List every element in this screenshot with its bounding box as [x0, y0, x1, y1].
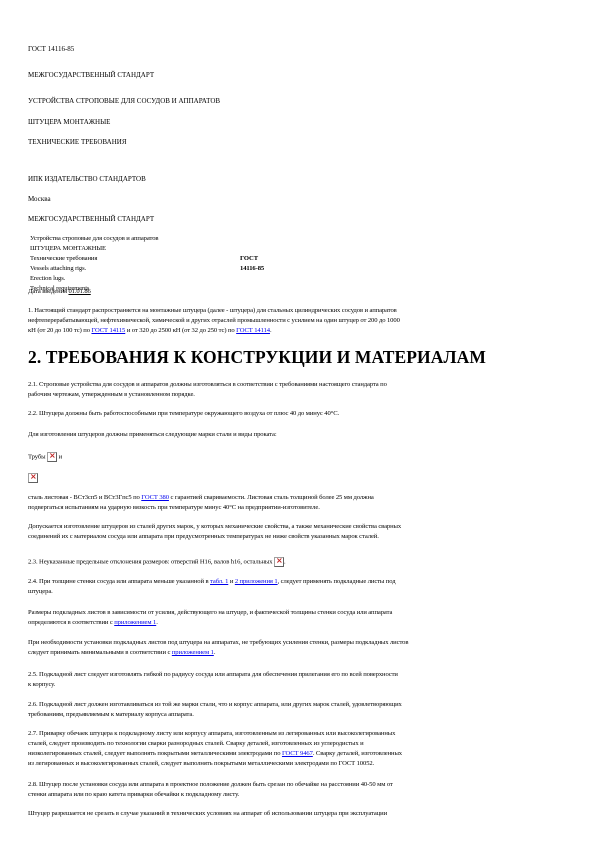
- text: .: [270, 327, 272, 334]
- title-block-line: ШТУЦЕРА МОНТАЖНЫЕ: [30, 244, 158, 254]
- para-line: 2.1. Строповые устройства для сосудов и …: [28, 380, 573, 390]
- text: .: [284, 559, 286, 566]
- para-line: следует принимать минимальными в соответ…: [28, 648, 573, 658]
- text: . Сварку деталей, изготовленных: [313, 750, 402, 757]
- paragraph-2-4: 2.4. При толщине стенки сосуда или аппар…: [28, 577, 573, 597]
- materials-intro: Для изготовления штуцеров должны применя…: [28, 430, 573, 440]
- broken-image-row: [28, 473, 573, 483]
- text: с гарантией свариваемости. Листовая стал…: [169, 494, 374, 501]
- para-line: 2.2. Штуцера должны быть работоспособным…: [28, 409, 573, 419]
- doc-title-1: УСТРОЙСТВА СТРОПОВЫЕ ДЛЯ СОСУДОВ И АППАР…: [28, 96, 220, 106]
- paragraph-2-6: 2.6. Подкладной лист должен изготавливат…: [28, 700, 573, 720]
- doc-title-3: ТЕХНИЧЕСКИЕ ТРЕБОВАНИЯ: [28, 137, 127, 147]
- para-line: 2.5. Подкладной лист следует изготовлять…: [28, 670, 573, 680]
- intro-date-label: Дата введения: [28, 288, 68, 295]
- sheet-steel-paragraph: сталь листовая - ВСт3сп5 и ВСт3Гпс5 по Г…: [28, 493, 573, 513]
- para-line: сталей, следует производить по технологи…: [28, 739, 573, 749]
- para-line: Для изготовления штуцеров должны применя…: [28, 430, 573, 440]
- doc-category-2: МЕЖГОСУДАРСТВЕННЫЙ СТАНДАРТ: [28, 214, 154, 224]
- doc-title-2: ШТУЦЕРА МОНТАЖНЫЕ: [28, 117, 110, 127]
- text: следует принимать минимальными в соответ…: [28, 649, 172, 656]
- text: Трубы: [28, 454, 47, 461]
- title-block-line: Erection lugs.: [30, 274, 158, 284]
- title-block-line: Vessels attaching rigs. 14116-85: [30, 264, 158, 274]
- text: определяются в соответствии с: [28, 619, 114, 626]
- para-line: штуцера.: [28, 587, 573, 597]
- para-line: нефтеперерабатывающей, нефтехимической, …: [28, 316, 573, 326]
- pad-sizes-paragraph: Размеры подкладных листов в зависимости …: [28, 608, 573, 628]
- paragraph-2-2: 2.2. Штуцера должны быть работоспособным…: [28, 409, 573, 419]
- pipes-line: Трубы и: [28, 452, 573, 462]
- title-block-line: Технические требования ГОСТ: [30, 254, 158, 264]
- para-line: 2.4. При толщине стенки сосуда или аппар…: [28, 577, 573, 587]
- para-line: низколегированных сталей, следует выполн…: [28, 749, 573, 759]
- link-appendix-1[interactable]: приложением 1: [114, 619, 156, 626]
- document-page: ГОСТ 14116-85 МЕЖГОСУДАРСТВЕННЫЙ СТАНДАР…: [0, 0, 595, 842]
- para-line: сталь листовая - ВСт3сп5 и ВСт3Гпс5 по Г…: [28, 493, 573, 503]
- para-line: рабочим чертежам, утвержденным в установ…: [28, 390, 573, 400]
- broken-image-icon: [28, 473, 38, 483]
- para-line: 2.6. Подкладной лист должен изготавливат…: [28, 700, 573, 710]
- text: и от 320 до 2500 кН (от 32 до 250 тс) по: [125, 327, 236, 334]
- para-line: кН (от 20 до 100 тс) по ГОСТ 14115 и от …: [28, 326, 573, 336]
- gost-number: 14116-85: [240, 264, 264, 274]
- doc-category: МЕЖГОСУДАРСТВЕННЫЙ СТАНДАРТ: [28, 70, 154, 80]
- link-appendix-1[interactable]: приложением 1: [172, 649, 214, 656]
- title-block: Устройства строповые для сосудов и аппар…: [30, 234, 158, 294]
- text: низколегированных сталей, следует выполн…: [28, 750, 282, 757]
- para-line: 2.7. Приварку обечаек штуцера к подкладн…: [28, 729, 573, 739]
- text: и: [57, 454, 62, 461]
- para-line: из легированных и высоколегированных ста…: [28, 759, 573, 769]
- paragraph-2-5: 2.5. Подкладной лист следует изготовлять…: [28, 670, 573, 690]
- text: 2.3. Неуказанные предельные отклонения р…: [28, 559, 274, 566]
- para-line: 2.8. Штуцер после установки сосуда или а…: [28, 780, 573, 790]
- paragraph-2-7: 2.7. Приварку обечаек штуцера к подкладн…: [28, 729, 573, 769]
- section-2-heading: 2. ТРЕБОВАНИЯ К КОНСТРУКЦИИ И МАТЕРИАЛАМ: [28, 347, 486, 367]
- section-1-paragraph: 1. Настоящий стандарт распространяется н…: [28, 306, 573, 336]
- para-line: к корпусу.: [28, 680, 573, 690]
- title-block-text: Технические требования: [30, 255, 97, 262]
- publisher: ИПК ИЗДАТЕЛЬСТВО СТАНДАРТОВ: [28, 174, 146, 184]
- paragraph-2-3: 2.3. Неуказанные предельные отклонения р…: [28, 557, 573, 567]
- text: сталь листовая - ВСт3сп5 и ВСт3Гпс5 по: [28, 494, 141, 501]
- para-line: подвергаться испытаниям на ударную вязко…: [28, 503, 573, 513]
- link-gost-14114[interactable]: ГОСТ 14114: [236, 327, 270, 334]
- para-line: Трубы и: [28, 452, 573, 462]
- link-gost-380[interactable]: ГОСТ 380: [141, 494, 169, 501]
- para-line: стенки аппарата или по краю катета прива…: [28, 790, 573, 800]
- broken-image-icon: [274, 557, 284, 567]
- para-line: Размеры подкладных листов в зависимости …: [28, 608, 573, 618]
- title-block-text: Vessels attaching rigs.: [30, 265, 86, 272]
- pad-need-paragraph: При необходимости установки подкладных л…: [28, 638, 573, 658]
- para-line: 1. Настоящий стандарт распространяется н…: [28, 306, 573, 316]
- link-gost-9467[interactable]: ГОСТ 9467: [282, 750, 313, 757]
- intro-date-value: 01.01.86: [68, 288, 90, 295]
- text: 2.4. При толщине стенки сосуда или аппар…: [28, 578, 210, 585]
- alternative-steel-paragraph: Допускается изготовление штуцеров из ста…: [28, 522, 573, 542]
- para-line: При необходимости установки подкладных л…: [28, 638, 573, 648]
- para-line: определяются в соответствии с приложение…: [28, 618, 573, 628]
- link-gost-14115[interactable]: ГОСТ 14115: [91, 327, 125, 334]
- paragraph-2-8: 2.8. Штуцер после установки сосуда или а…: [28, 780, 573, 800]
- text: кН (от 20 до 100 тс) по: [28, 327, 91, 334]
- para-line: 2.3. Неуказанные предельные отклонения р…: [28, 557, 573, 567]
- text: , следует применять подкладные листы под: [278, 578, 396, 585]
- link-appendix-1[interactable]: 2 приложения 1: [235, 578, 278, 585]
- link-table-1[interactable]: табл. 1: [210, 578, 228, 585]
- para-line: соединений их с материалом сосуда или ап…: [28, 532, 573, 542]
- intro-date: Дата введения 01.01.86: [28, 287, 91, 297]
- city: Москва: [28, 194, 51, 204]
- para-line: Допускается изготовление штуцеров из ста…: [28, 522, 573, 532]
- gost-label: ГОСТ: [240, 254, 258, 264]
- text: .: [214, 649, 216, 656]
- doc-id: ГОСТ 14116-85: [28, 44, 74, 54]
- para-line: требованиям, предъявляемым к материалу к…: [28, 710, 573, 720]
- broken-image-icon: [47, 452, 57, 462]
- text: .: [156, 619, 158, 626]
- paragraph-2-1: 2.1. Строповые устройства для сосудов и …: [28, 380, 573, 400]
- para-line: Штуцер разрешается не срезать в случае у…: [28, 809, 573, 819]
- title-block-line: Устройства строповые для сосудов и аппар…: [30, 234, 158, 244]
- cut-paragraph: Штуцер разрешается не срезать в случае у…: [28, 809, 573, 819]
